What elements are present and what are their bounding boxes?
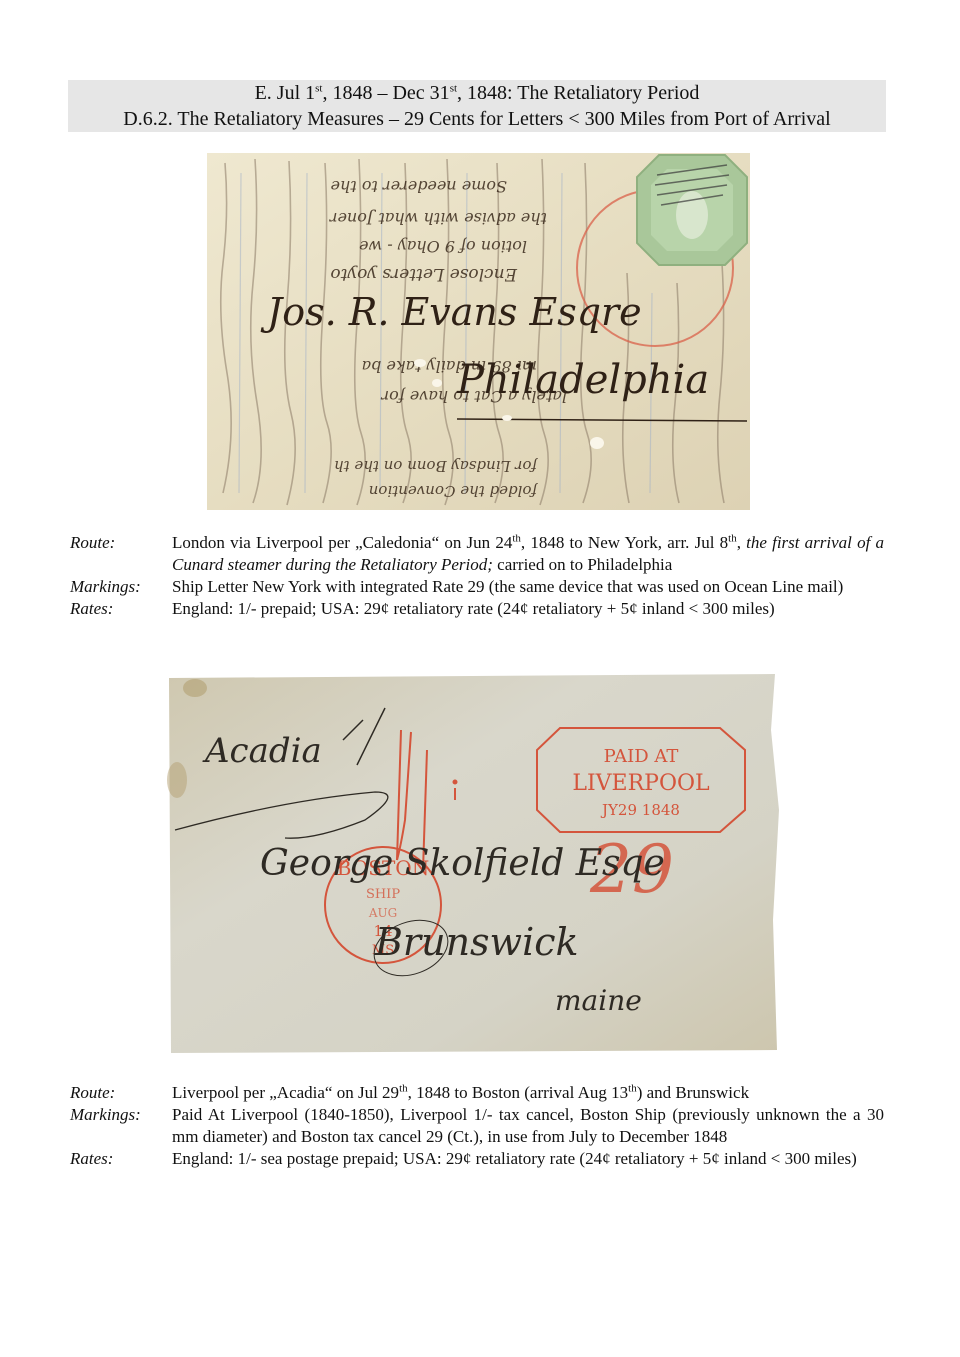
svg-text:AUG: AUG bbox=[368, 906, 397, 920]
route-label: Route: bbox=[70, 532, 172, 576]
markings-label: Markings: bbox=[70, 576, 172, 598]
markings-value: Ship Letter New York with integrated Rat… bbox=[172, 576, 884, 598]
description-acadia: Route: Liverpool per „Acadia“ on Jul 29t… bbox=[70, 1082, 884, 1170]
rates-value: England: 1/- sea postage prepaid; USA: 2… bbox=[172, 1148, 884, 1170]
svg-text:SHIP: SHIP bbox=[366, 887, 400, 902]
cover-image-acadia: Acadia PAID AT LIVERPOOL JY29 1848 BOSTO… bbox=[165, 670, 785, 1055]
cover1-city: Philadelphia bbox=[456, 357, 709, 403]
page-header: E. Jul 1st, 1848 – Dec 31st, 1848: The R… bbox=[68, 80, 886, 132]
cover-image-caledonia: Some neederer to the the advise with wha… bbox=[207, 153, 750, 510]
cover1-addressee: Jos. R. Evans Esqre bbox=[260, 290, 642, 334]
route-value: Liverpool per „Acadia“ on Jul 29th, 1848… bbox=[172, 1082, 884, 1104]
rates-label: Rates: bbox=[70, 598, 172, 620]
svg-text:PAID AT: PAID AT bbox=[604, 746, 679, 767]
svg-text:lotion of 9 Ohay - we: lotion of 9 Ohay - we bbox=[359, 237, 527, 256]
rates-row: Rates: England: 1/- sea postage prepaid;… bbox=[70, 1148, 884, 1170]
svg-text:LIVERPOOL: LIVERPOOL bbox=[572, 771, 710, 796]
route-row: Route: London via Liverpool per „Caledon… bbox=[70, 532, 884, 576]
svg-text:Enclose Letters yoyto: Enclose Letters yoyto bbox=[330, 264, 518, 284]
svg-text:JY29 1848: JY29 1848 bbox=[600, 801, 680, 819]
svg-text:folded the Convention: folded the Convention bbox=[369, 482, 538, 500]
route-value: London via Liverpool per „Caledonia“ on … bbox=[172, 532, 884, 576]
description-caledonia: Route: London via Liverpool per „Caledon… bbox=[70, 532, 884, 620]
markings-label: Markings: bbox=[70, 1104, 172, 1148]
markings-value: Paid At Liverpool (1840-1850), Liverpool… bbox=[172, 1104, 884, 1148]
markings-row: Markings: Paid At Liverpool (1840-1850),… bbox=[70, 1104, 884, 1148]
svg-text:the advise with what Joner: the advise with what Joner bbox=[329, 209, 548, 228]
cover2-addressee: George Skolfield Esqe bbox=[260, 843, 665, 884]
cover-caledonia-illustration: Some neederer to the the advise with wha… bbox=[207, 153, 750, 510]
header-section-title: D.6.2. The Retaliatory Measures – 29 Cen… bbox=[68, 106, 886, 132]
svg-text:Some neederer to the: Some neederer to the bbox=[331, 177, 507, 196]
route-label: Route: bbox=[70, 1082, 172, 1104]
header-period-title: E. Jul 1st, 1848 – Dec 31st, 1848: The R… bbox=[68, 80, 886, 106]
rates-value: England: 1/- prepaid; USA: 29¢ retaliato… bbox=[172, 598, 884, 620]
cover2-ship-note: Acadia bbox=[202, 731, 322, 771]
cover2-state: maine bbox=[555, 984, 642, 1017]
rates-label: Rates: bbox=[70, 1148, 172, 1170]
cover2-city: Brunswick bbox=[374, 920, 579, 964]
rates-row: Rates: England: 1/- prepaid; USA: 29¢ re… bbox=[70, 598, 884, 620]
cover-acadia-illustration: Acadia PAID AT LIVERPOOL JY29 1848 BOSTO… bbox=[165, 670, 785, 1055]
route-row: Route: Liverpool per „Acadia“ on Jul 29t… bbox=[70, 1082, 884, 1104]
svg-text:for Lindsay Bonn on the th: for Lindsay Bonn on the th bbox=[334, 457, 538, 475]
markings-row: Markings: Ship Letter New York with inte… bbox=[70, 576, 884, 598]
